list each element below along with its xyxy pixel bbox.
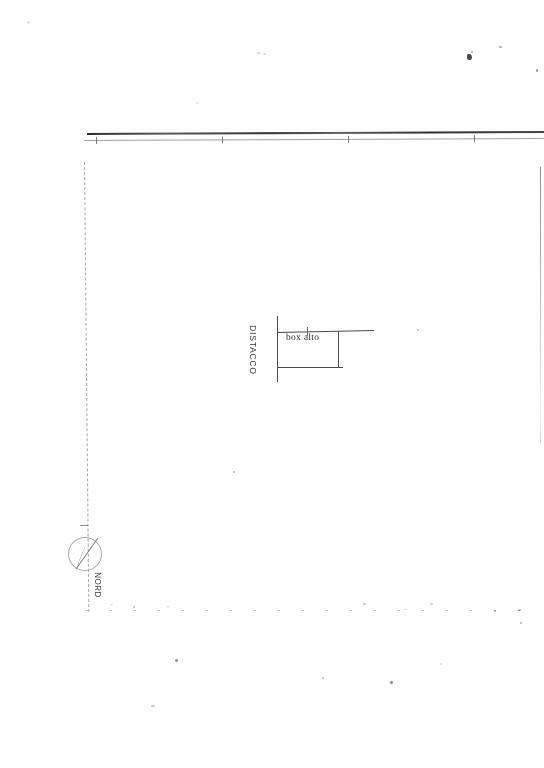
noise-speck [430,603,433,605]
sheet-top-rule [84,128,544,144]
parcel-boundary-right [540,167,541,443]
noise-speck [175,659,178,662]
north-label: NORD [92,569,102,601]
noise-speck [133,606,135,608]
sheet-top-rule-dark-line [87,131,544,135]
setback-label: DISTACCO [248,321,258,379]
noise-speck [196,102,198,104]
noise-speck [263,53,266,55]
rule-tick [96,137,97,144]
noise-speck [440,663,442,665]
noise-speck [390,681,393,684]
noise-speck [110,604,113,605]
noise-speck [499,46,502,48]
rule-tick [474,135,475,142]
boundary-tick-mark [80,525,88,526]
noise-speck [518,609,521,611]
rule-tick [348,136,349,143]
scanned-site-plan-page: box alto DISTACCO NORD [0,0,544,768]
noise-speck [536,69,538,72]
noise-speck [151,705,155,707]
noise-speck [471,51,473,53]
rule-tick [222,136,223,143]
north-compass-circle [69,538,102,571]
garage-label: box alto [286,333,319,343]
noise-speck [417,329,419,331]
noise-speck [467,54,472,60]
noise-speck [520,622,522,624]
garage-outline-bottom [278,367,343,368]
setback-boundary-line [277,316,278,382]
noise-speck [27,21,30,24]
noise-speck [363,603,366,605]
noise-speck [322,677,324,679]
garage-outline-right [338,331,339,368]
noise-speck [233,471,235,473]
parcel-boundary-bottom [86,610,534,611]
noise-speck [257,52,260,54]
north-needle-line [76,538,98,569]
noise-speck [494,610,496,612]
noise-speck [404,609,407,610]
noise-speck [166,606,170,607]
